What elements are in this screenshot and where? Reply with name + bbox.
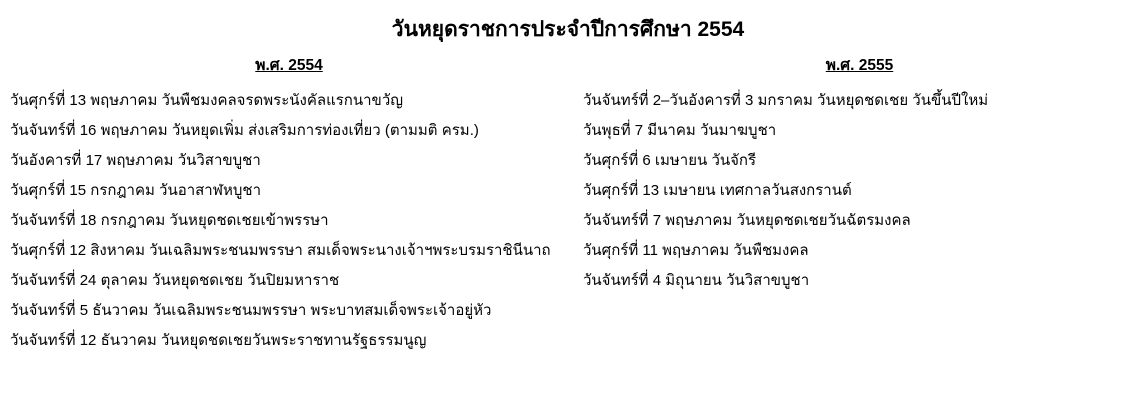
column-be-2555: พ.ศ. 2555 วันจันทร์ที่ 2–วันอังคารที่ 3 … — [568, 56, 1136, 356]
holiday-item: วันจันทร์ที่ 12 ธันวาคม วันหยุดชดเชยวันพ… — [10, 326, 568, 356]
holiday-item: วันศุกร์ที่ 15 กรกฎาคม วันอาสาฬหบูชา — [10, 176, 568, 206]
holiday-list-2554: วันศุกร์ที่ 13 พฤษภาคม วันพืชมงคลจรดพระน… — [10, 86, 568, 356]
column-header-2555: พ.ศ. 2555 — [583, 56, 1136, 76]
holiday-item: วันพุธที่ 7 มีนาคม วันมาฆบูชา — [583, 116, 1136, 146]
holiday-item: วันจันทร์ที่ 4 มิถุนายน วันวิสาขบูชา — [583, 266, 1136, 296]
holiday-item: วันศุกร์ที่ 11 พฤษภาคม วันพืชมงคล — [583, 236, 1136, 266]
column-be-2554: พ.ศ. 2554 วันศุกร์ที่ 13 พฤษภาคม วันพืชม… — [0, 56, 568, 356]
holiday-item: วันจันทร์ที่ 16 พฤษภาคม วันหยุดเพิ่ม ส่ง… — [10, 116, 568, 146]
holiday-item: วันศุกร์ที่ 13 พฤษภาคม วันพืชมงคลจรดพระน… — [10, 86, 568, 116]
holiday-item: วันจันทร์ที่ 2–วันอังคารที่ 3 มกราคม วัน… — [583, 86, 1136, 116]
holiday-item: วันอังคารที่ 17 พฤษภาคม วันวิสาขบูชา — [10, 146, 568, 176]
holiday-item: วันจันทร์ที่ 18 กรกฎาคม วันหยุดชดเชยเข้า… — [10, 206, 568, 236]
holiday-item: วันจันทร์ที่ 5 ธันวาคม วันเฉลิมพระชนมพรร… — [10, 296, 568, 326]
holiday-item: วันจันทร์ที่ 24 ตุลาคม วันหยุดชดเชย วันป… — [10, 266, 568, 296]
holiday-document: วันหยุดราชการประจำปีการศึกษา 2554 พ.ศ. 2… — [0, 0, 1136, 400]
holiday-item: วันศุกร์ที่ 13 เมษายน เทศกาลวันสงกรานต์ — [583, 176, 1136, 206]
holiday-item: วันจันทร์ที่ 7 พฤษภาคม วันหยุดชดเชยวันฉั… — [583, 206, 1136, 236]
column-header-2554: พ.ศ. 2554 — [10, 56, 568, 76]
holiday-list-2555: วันจันทร์ที่ 2–วันอังคารที่ 3 มกราคม วัน… — [583, 86, 1136, 296]
columns-container: พ.ศ. 2554 วันศุกร์ที่ 13 พฤษภาคม วันพืชม… — [0, 56, 1136, 356]
holiday-item: วันศุกร์ที่ 6 เมษายน วันจักรี — [583, 146, 1136, 176]
page-title: วันหยุดราชการประจำปีการศึกษา 2554 — [0, 0, 1136, 44]
holiday-item: วันศุกร์ที่ 12 สิงหาคม วันเฉลิมพระชนมพรร… — [10, 236, 568, 266]
